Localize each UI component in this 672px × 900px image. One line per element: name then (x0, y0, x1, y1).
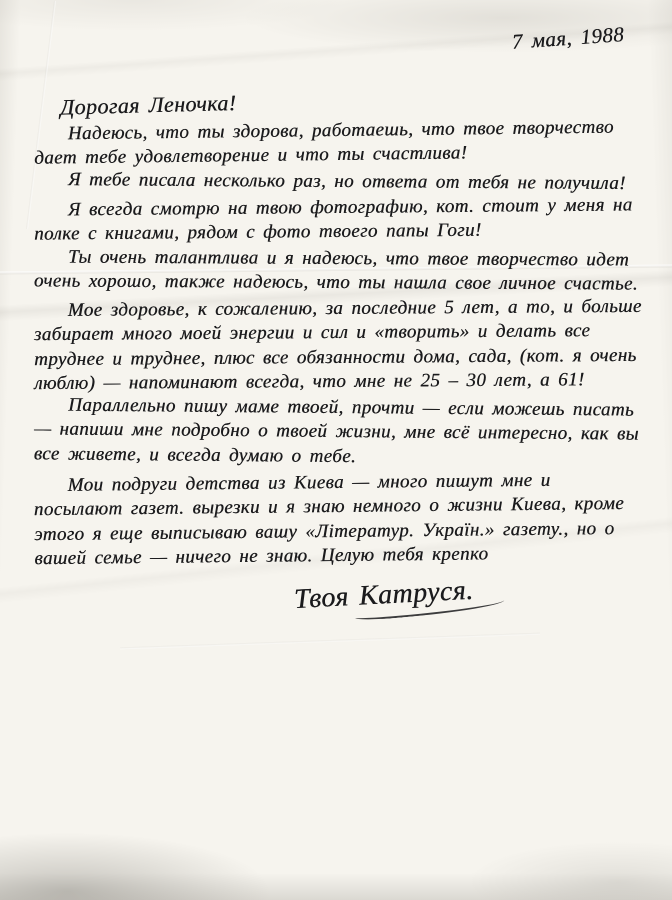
paragraph: Мое здоровье, к сожалению, за последние … (34, 295, 643, 396)
paragraph: Мои подруги детства из Киева — много пиш… (34, 468, 643, 572)
paragraph: Параллельно пишу маме твоей, прочти — ес… (34, 394, 643, 472)
closing-phrase: Целую тебя крепко (321, 544, 489, 567)
paragraph: Я тебе писала несколько раз, но ответа о… (34, 168, 642, 197)
paragraph: Надеюсь, что ты здорова, работаешь, что … (34, 115, 643, 171)
signature: Твоя Катруся. (293, 566, 643, 622)
paragraph: Я всегда смотрю на твою фотографию, кот.… (34, 193, 642, 247)
paragraph: Ты очень талантлива и я надеюсь, что тво… (34, 245, 642, 297)
scanned-letter-page: { "document": { "type": "handwritten-let… (0, 0, 672, 900)
letter-paper: 7 мая, 1988 Дорогая Леночка! Надеюсь, чт… (0, 0, 672, 900)
paper-crease (120, 633, 540, 650)
salutation: Дорогая Леночка! (60, 79, 642, 120)
paper-crease (26, 1, 56, 230)
letter-date: 7 мая, 1988 (35, 22, 625, 88)
